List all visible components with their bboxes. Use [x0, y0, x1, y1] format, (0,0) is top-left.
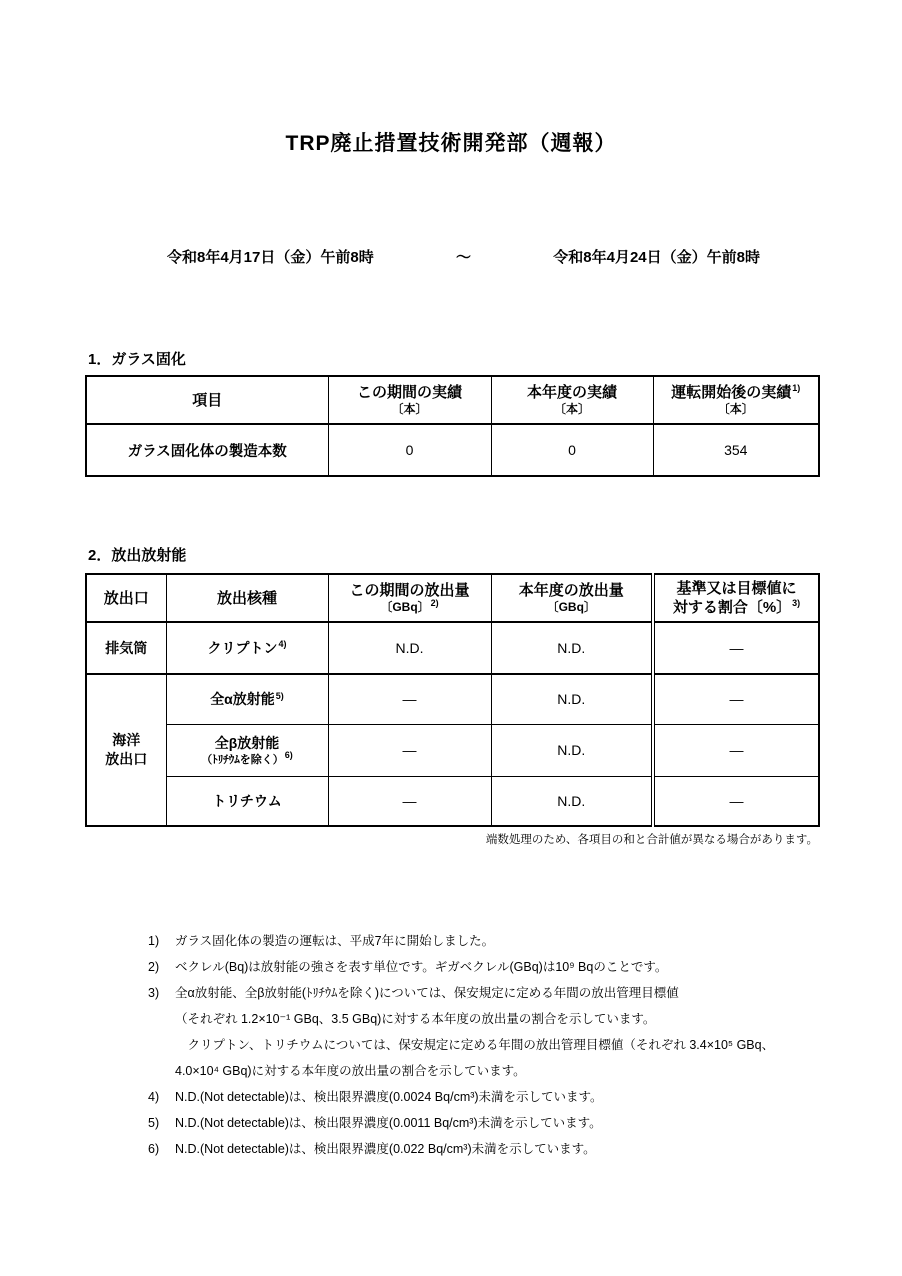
footnote-item: 5) N.D.(Not detectable)は、検出限界濃度(0.0011 B…: [148, 1110, 828, 1136]
glass-period-value: 0: [328, 424, 491, 476]
nuclide-krypton: クリプトン4): [166, 622, 328, 674]
footnote-line: ベクレル(Bq)は放射能の強さを表す単位です。ギガベクレル(GBq)は10⁹ B…: [175, 954, 828, 980]
footnote-line: 全α放射能、全β放射能(ﾄﾘﾁｳﾑを除く)については、保安規定に定める年間の放出…: [175, 980, 828, 1006]
footnote-line: 4.0×10⁴ GBq)に対する本年度の放出量の割合を示しています。: [175, 1058, 828, 1084]
section-2-heading: 2．放出放射能: [88, 546, 818, 566]
footnote-ref-2: 2): [431, 598, 439, 608]
glass-total-value: 354: [653, 424, 819, 476]
table2-row-alpha: 海洋 放出口 全α放射能5) ― N.D. ―: [86, 674, 819, 724]
footnote-number: 6): [148, 1136, 175, 1162]
footnote-ref-1: 1): [792, 383, 800, 393]
footnote-item: 6) N.D.(Not detectable)は、検出限界濃度(0.022 Bq…: [148, 1136, 828, 1162]
footnotes-list: 1) ガラス固化体の製造の運転は、平成7年に開始しました。 2) ベクレル(Bq…: [148, 928, 828, 1162]
footnote-ref-4: 4): [278, 639, 286, 649]
rounding-note: 端数処理のため、各項目の和と合計値が異なる場合があります。: [85, 833, 818, 848]
krypton-year-value: N.D.: [491, 622, 653, 674]
table2-row-beta: 全β放射能 （ﾄﾘﾁｳﾑを除く）6) ― N.D. ―: [86, 724, 819, 776]
footnote-item: 4) N.D.(Not detectable)は、検出限界濃度(0.0024 B…: [148, 1084, 828, 1110]
alpha-ratio-value: ―: [653, 674, 819, 724]
table1-header-period: この期間の実績 〔本〕: [328, 376, 491, 424]
table2-row-tritium: トリチウム ― N.D. ―: [86, 776, 819, 826]
table2-header-period-release: この期間の放出量 〔GBq〕2): [328, 574, 491, 622]
glass-canisters-label: ガラス固化体の製造本数: [86, 424, 328, 476]
table2-header-ratio: 基準又は目標値に 対する割合〔%〕3): [653, 574, 819, 622]
page-title: TRP廃止措置技術開発部（週報）: [0, 0, 902, 158]
table2-header-row: 放出口 放出核種 この期間の放出量 〔GBq〕2) 本年度の放出量 〔GBq〕: [86, 574, 819, 622]
footnote-number: 3): [148, 980, 175, 1084]
glass-year-value: 0: [491, 424, 653, 476]
beta-ratio-value: ―: [653, 724, 819, 776]
table2-header-outlet: 放出口: [86, 574, 166, 622]
footnote-number: 1): [148, 928, 175, 954]
footnote-line: N.D.(Not detectable)は、検出限界濃度(0.0024 Bq/c…: [175, 1084, 828, 1110]
krypton-ratio-value: ―: [653, 622, 819, 674]
period-end: 令和8年4月24日（金）午前8時: [553, 248, 760, 268]
footnote-line: （それぞれ 1.2×10⁻¹ GBq、3.5 GBq)に対する本年度の放出量の割…: [175, 1006, 828, 1032]
radioactivity-release-table: 放出口 放出核種 この期間の放出量 〔GBq〕2) 本年度の放出量 〔GBq〕: [85, 573, 820, 827]
krypton-period-value: N.D.: [328, 622, 491, 674]
outlet-marine: 海洋 放出口: [86, 674, 166, 826]
footnote-line: ガラス固化体の製造の運転は、平成7年に開始しました。: [175, 928, 828, 954]
report-period: 令和8年4月17日（金）午前8時 ～ 令和8年4月24日（金）午前8時: [167, 248, 760, 268]
footnote-number: 2): [148, 954, 175, 980]
nuclide-tritium: トリチウム: [166, 776, 328, 826]
table1-header-item: 項目: [86, 376, 328, 424]
alpha-year-value: N.D.: [491, 674, 653, 724]
footnote-number: 5): [148, 1110, 175, 1136]
beta-period-value: ―: [328, 724, 491, 776]
table2-header-nuclide: 放出核種: [166, 574, 328, 622]
glass-solidification-table: 項目 この期間の実績 〔本〕 本年度の実績 〔本〕 運転開始後の実績1) 〔本〕: [85, 375, 820, 477]
footnote-item: 2) ベクレル(Bq)は放射能の強さを表す単位です。ギガベクレル(GBq)は10…: [148, 954, 828, 980]
table2-row-krypton: 排気筒 クリプトン4) N.D. N.D. ―: [86, 622, 819, 674]
footnote-ref-6: 6): [285, 750, 293, 760]
table1-data-row: ガラス固化体の製造本数 0 0 354: [86, 424, 819, 476]
period-start: 令和8年4月17日（金）午前8時: [167, 248, 374, 268]
report-page: TRP廃止措置技術開発部（週報） 令和8年4月17日（金）午前8時 ～ 令和8年…: [0, 0, 902, 1276]
tritium-period-value: ―: [328, 776, 491, 826]
table2-header-year-release: 本年度の放出量 〔GBq〕: [491, 574, 653, 622]
tritium-ratio-value: ―: [653, 776, 819, 826]
footnote-item: 1) ガラス固化体の製造の運転は、平成7年に開始しました。: [148, 928, 828, 954]
footnote-ref-3: 3): [792, 598, 800, 608]
footnote-line: N.D.(Not detectable)は、検出限界濃度(0.022 Bq/cm…: [175, 1136, 828, 1162]
nuclide-beta: 全β放射能 （ﾄﾘﾁｳﾑを除く）6): [166, 724, 328, 776]
section-1-heading: 1．ガラス固化: [88, 350, 818, 370]
table1-header-row: 項目 この期間の実績 〔本〕 本年度の実績 〔本〕 運転開始後の実績1) 〔本〕: [86, 376, 819, 424]
footnote-item: 3) 全α放射能、全β放射能(ﾄﾘﾁｳﾑを除く)については、保安規定に定める年間…: [148, 980, 828, 1084]
footnote-line: クリプトン、トリチウムについては、保安規定に定める年間の放出管理目標値（それぞれ…: [175, 1032, 828, 1058]
table1-header-fiscal-year: 本年度の実績 〔本〕: [491, 376, 653, 424]
footnote-line: N.D.(Not detectable)は、検出限界濃度(0.0011 Bq/c…: [175, 1110, 828, 1136]
content-area: 1．ガラス固化 項目 この期間の実績 〔本〕 本年度の実績 〔本〕: [85, 350, 818, 848]
footnote-ref-5: 5): [276, 691, 284, 701]
table1-header-since-start: 運転開始後の実績1) 〔本〕: [653, 376, 819, 424]
tritium-year-value: N.D.: [491, 776, 653, 826]
beta-year-value: N.D.: [491, 724, 653, 776]
footnote-number: 4): [148, 1084, 175, 1110]
period-separator: ～: [456, 248, 471, 268]
alpha-period-value: ―: [328, 674, 491, 724]
nuclide-alpha: 全α放射能5): [166, 674, 328, 724]
outlet-stack: 排気筒: [86, 622, 166, 674]
